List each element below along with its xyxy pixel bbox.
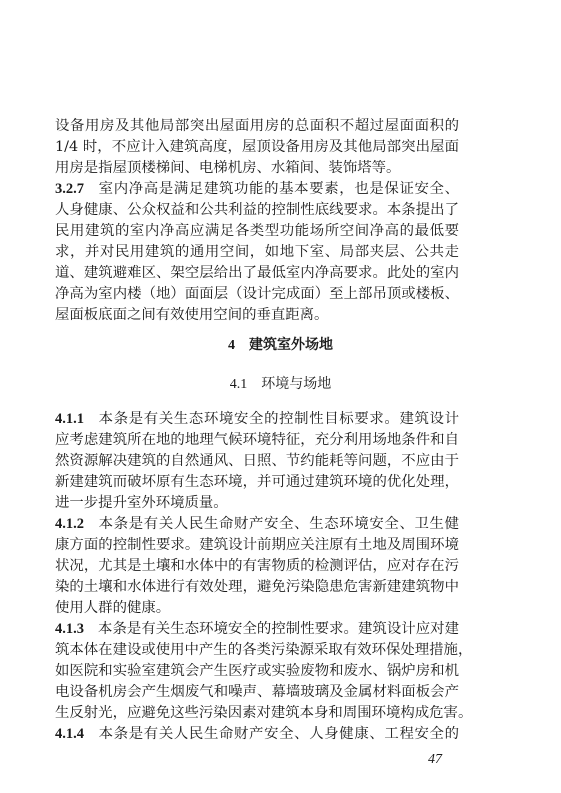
text-line: 筑本体在建设或使用中产生的各类污染源采取有效环保处理措施，: [55, 640, 459, 661]
text-line: 净高为室内楼（地）面面层（设计完成面）至上部吊顶或楼板、: [55, 284, 459, 305]
section-title: 环境与场地: [261, 376, 331, 392]
text-line: 生反射光，应避免这些污染因素对建筑本身和周围环境构成危害。: [55, 703, 459, 724]
chapter-heading: 4建筑室外场地: [0, 335, 561, 356]
text-line: 用房是指屋顶楼梯间、电梯机房、水箱间、装饰塔等。: [55, 158, 459, 179]
text-line: 如医院和实验室建筑会产生医疗或实验废物和废水、锅炉房和机: [55, 661, 459, 682]
clause-number: 3.2.7: [55, 181, 84, 197]
chapter-number: 4: [228, 338, 235, 353]
text-line: 1/4 时，不应计入建筑高度，屋顶设备用房及其他局部突出屋面: [55, 137, 459, 158]
text-line: 民用建筑的室内净高应满足各类型功能场所空间净高的最低要: [55, 221, 459, 242]
text-line: 4.1.4本条是有关人民生命财产安全、人身健康、工程安全的: [55, 724, 459, 745]
text-line: 4.1.2本条是有关人民生命财产安全、生态环境安全、卫生健: [55, 514, 459, 535]
text-line: 状况，尤其是土壤和水体中的有害物质的检测评估，应对存在污: [55, 556, 459, 577]
clause-3-2-7: 3.2.7室内净高是满足建筑功能的基本要素，也是保证安全、 人身健康、公众权益和…: [55, 179, 459, 326]
clause-4-1-4: 4.1.4本条是有关人民生命财产安全、人身健康、工程安全的: [55, 724, 459, 745]
text-line: 新建建筑而破坏原有生态环境，并可通过建筑环境的优化处理，: [55, 472, 459, 493]
text-line: 3.2.7室内净高是满足建筑功能的基本要素，也是保证安全、: [55, 179, 459, 200]
clause-4-1-3: 4.1.3本条是有关生态环境安全的控制性要求。建筑设计应对建 筑本体在建设或使用…: [55, 619, 459, 724]
text-line: 4.1.3本条是有关生态环境安全的控制性要求。建筑设计应对建: [55, 619, 459, 640]
clause-number: 4.1.3: [55, 621, 84, 637]
text-line: 人身健康、公众权益和公共利益的控制性底线要求。本条提出了: [55, 200, 459, 221]
clause-number: 4.1.2: [55, 516, 84, 532]
clause-4-1-2: 4.1.2本条是有关人民生命财产安全、生态环境安全、卫生健 康方面的控制性要求。…: [55, 514, 459, 619]
text-line: 电设备机房会产生烟废气和噪声、幕墙玻璃及金属材料面板会产: [55, 682, 459, 703]
chapter-title: 建筑室外场地: [249, 337, 333, 353]
text-line: 使用人群的健康。: [55, 598, 459, 619]
text-line: 康方面的控制性要求。建筑设计前期应关注原有土地及周围环境: [55, 535, 459, 556]
section-number: 4.1: [230, 377, 248, 392]
page-number: 47: [428, 752, 442, 768]
section-heading: 4.1环境与场地: [0, 374, 561, 395]
paragraph-continuation: 设备用房及其他局部突出屋面用房的总面积不超过屋面面积的 1/4 时，不应计入建筑…: [55, 116, 459, 179]
clause-number: 4.1.4: [55, 726, 84, 742]
text-line: 进一步提升室外环境质量。: [55, 493, 459, 514]
text-line: 屋面板底面之间有效使用空间的垂直距离。: [55, 305, 459, 326]
text-line: 应考虑建筑所在地的地理气候环境特征，充分利用场地条件和自: [55, 430, 459, 451]
clause-number: 4.1.1: [55, 411, 84, 427]
text-line: 求，并对民用建筑的通用空间，如地下室、局部夹层、公共走: [55, 242, 459, 263]
text-line: 4.1.1本条是有关生态环境安全的控制性目标要求。建筑设计: [55, 409, 459, 430]
clause-4-1-1: 4.1.1本条是有关生态环境安全的控制性目标要求。建筑设计 应考虑建筑所在地的地…: [55, 409, 459, 514]
text-line: 设备用房及其他局部突出屋面用房的总面积不超过屋面面积的: [55, 116, 459, 137]
text-line: 染的土壤和水体进行有效处理，避免污染隐患危害新建建筑物中: [55, 577, 459, 598]
text-line: 然资源解决建筑的自然通风、日照、节约能耗等问题，不应由于: [55, 451, 459, 472]
document-page: 设备用房及其他局部突出屋面用房的总面积不超过屋面面积的 1/4 时，不应计入建筑…: [0, 0, 561, 793]
text-line: 道、建筑避难区、架空层给出了最低室内净高要求。此处的室内: [55, 263, 459, 284]
